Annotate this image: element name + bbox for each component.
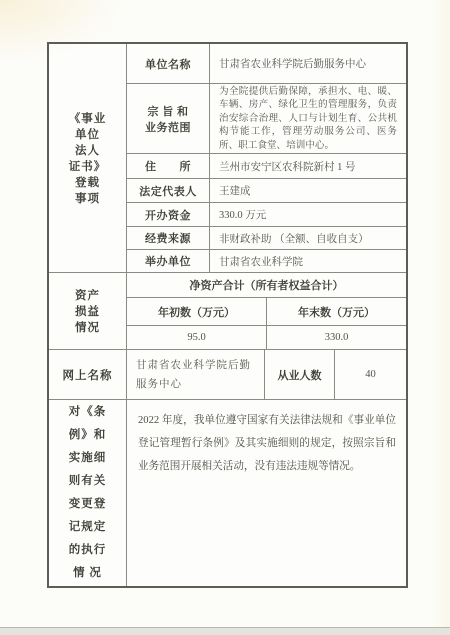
table-row-startup-capital: 开办资金 330.0 万元 [127,203,406,227]
compliance-statement: 2022 年度，我单位遵守国家有关法律法规和《事业单位登记管理暂行条例》及其实施… [127,400,406,586]
address-label: 住 所 [127,154,210,178]
scan-bottom-edge [0,627,450,635]
compliance-section-header: 对《条 例》和 实施细 则有关 变更登 记规定 的执行 情 况 [49,400,127,586]
table-row-address: 住 所 兰州市安宁区农科院新村 1 号 [127,154,406,179]
year-end-value: 330.0 [267,326,406,349]
address-value: 兰州市安宁区农科院新村 1 号 [210,154,406,178]
assets-values-row: 95.0 330.0 [127,326,406,349]
scanned-document-page: 《事业 单位 法人 证书》 登载 事项 单位名称 甘肃省农业科学院后勤服务中心 … [0,0,450,635]
organizer-value: 甘肃省农业科学院 [210,250,406,272]
funding-source-label: 经费来源 [127,227,210,249]
net-assets-header-row: 净资产合计（所有者权益合计） [127,273,406,298]
year-start-header: 年初数（万元） [127,298,267,325]
year-end-header: 年末数（万元） [267,298,406,325]
legal-representative-label: 法定代表人 [127,179,210,202]
online-name-section: 网上名称 甘肃省农业科学院后勤 服务中心 从业人数 40 [49,350,406,400]
funding-source-value: 非财政补助 （全额、自收自支） [210,227,406,249]
assets-section: 资产 损益 情况 净资产合计（所有者权益合计） 年初数（万元） 年末数（万元） … [49,273,406,350]
net-assets-total-header: 净资产合计（所有者权益合计） [127,273,406,297]
registration-form-table: 《事业 单位 法人 证书》 登载 事项 单位名称 甘肃省农业科学院后勤服务中心 … [47,42,408,588]
online-name-label: 网上名称 [49,350,127,399]
staff-count-label: 从业人数 [265,350,335,399]
online-name-value: 甘肃省农业科学院后勤 服务中心 [127,350,265,399]
certificate-section-header: 《事业 单位 法人 证书》 登载 事项 [49,44,127,272]
table-row-unit-name: 单位名称 甘肃省农业科学院后勤服务中心 [127,44,406,84]
assets-section-header: 资产 损益 情况 [49,273,127,349]
year-start-value: 95.0 [127,326,267,349]
business-scope-value: 为全院提供后勤保障，承担水、电、暖、车辆、房产、绿化卫生的管理服务，负责治安综合… [210,84,406,153]
assets-column-headers-row: 年初数（万元） 年末数（万元） [127,298,406,326]
table-row-organizer: 举办单位 甘肃省农业科学院 [127,250,406,272]
legal-representative-value: 王建成 [210,179,406,202]
unit-name-label: 单位名称 [127,44,210,83]
compliance-section: 对《条 例》和 实施细 则有关 变更登 记规定 的执行 情 况 2022 年度，… [49,400,406,586]
staff-count-value: 40 [335,350,406,399]
startup-capital-label: 开办资金 [127,203,210,226]
assets-grid: 净资产合计（所有者权益合计） 年初数（万元） 年末数（万元） 95.0 330.… [127,273,406,349]
business-scope-label: 宗 旨 和 业务范围 [127,84,210,153]
table-row-legal-representative: 法定代表人 王建成 [127,179,406,203]
certificate-rows: 单位名称 甘肃省农业科学院后勤服务中心 宗 旨 和 业务范围 为全院提供后勤保障… [127,44,406,272]
organizer-label: 举办单位 [127,250,210,272]
unit-name-value: 甘肃省农业科学院后勤服务中心 [210,44,406,83]
table-row-funding-source: 经费来源 非财政补助 （全额、自收自支） [127,227,406,250]
startup-capital-value: 330.0 万元 [210,203,406,226]
table-row-business-scope: 宗 旨 和 业务范围 为全院提供后勤保障，承担水、电、暖、车辆、房产、绿化卫生的… [127,84,406,154]
certificate-section: 《事业 单位 法人 证书》 登载 事项 单位名称 甘肃省农业科学院后勤服务中心 … [49,44,406,273]
